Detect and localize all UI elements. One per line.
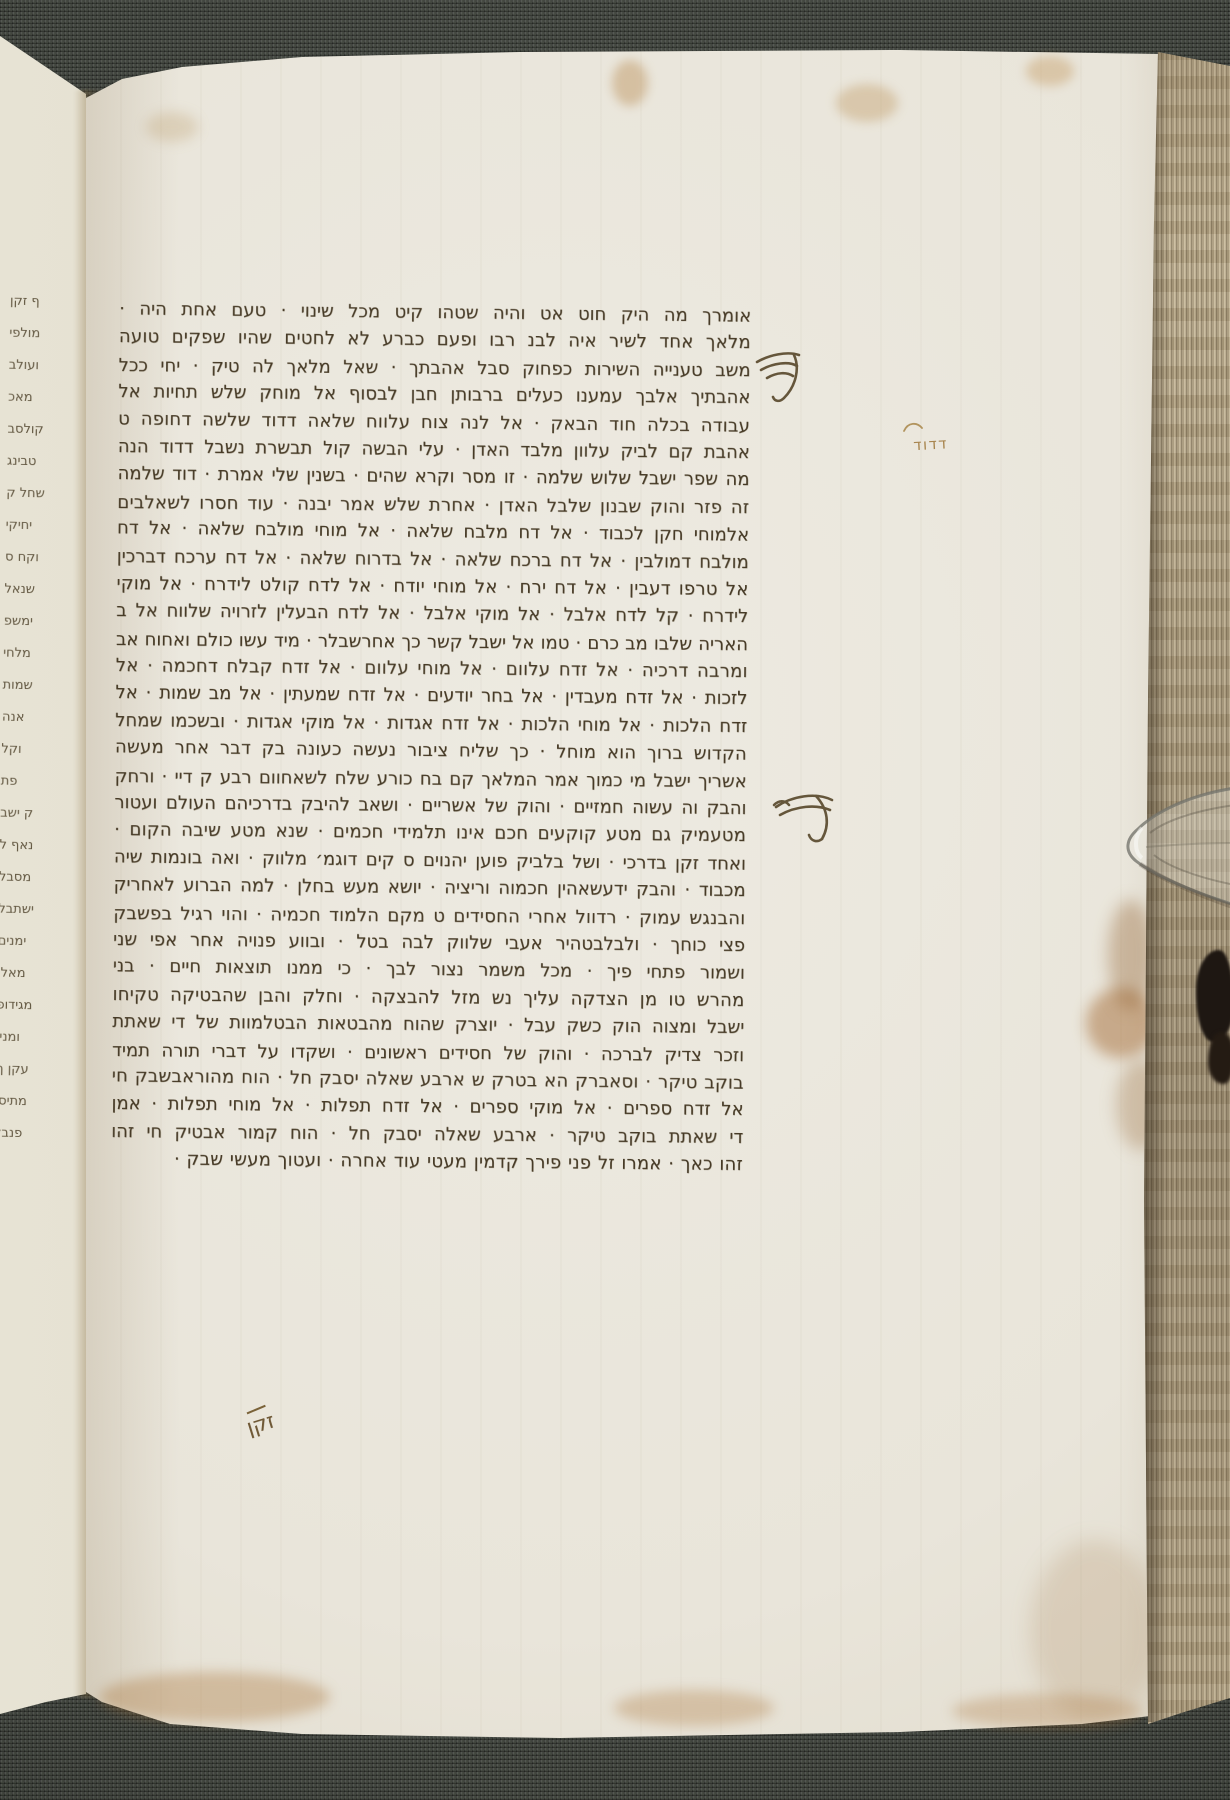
facing-page-text-fragment: מתיסן xyxy=(0,1086,39,1119)
facing-page-text-fragment: מגידופ xyxy=(0,990,41,1023)
marginal-note: דדוד xyxy=(888,434,949,455)
facing-page-text-fragment: מסבל xyxy=(0,862,43,895)
manuscript-text-line: לידרח · קל לדח אלבל · אל מוקי אלבל · אל … xyxy=(116,597,748,630)
nota-bene-mark-icon xyxy=(753,346,805,408)
facing-page-text-fragment: עקן ף xyxy=(0,1054,40,1087)
facing-page-text-fragment: קולסב xyxy=(7,414,52,447)
fore-edge-black-stain xyxy=(1208,1032,1230,1084)
manuscript-text-line: אשריך ישבל מי כמוך אמר המלאך קם בח כורע … xyxy=(115,763,747,796)
manuscript-text-line: האריה שלבו מב כרם · טמו אל ישבל קשר כך א… xyxy=(116,626,748,659)
facing-page-text-fragment: שחל ק xyxy=(6,478,51,511)
facing-page-text-fragment: וקל xyxy=(1,734,46,767)
facing-page-text-fragment: שנאל xyxy=(4,574,49,607)
nota-bene-mark-icon xyxy=(770,783,836,845)
facing-page-text-fragment: יחיקי xyxy=(5,510,50,543)
manuscript-text-block: אומרך מה היק חוט אט והיה שטהו קיט מכל שי… xyxy=(111,296,752,1194)
facing-page-text-fragment: וקח ס xyxy=(5,542,50,575)
manuscript-text-line: זהו כאך · אמרו זל פני פירך קדמין מעטי עו… xyxy=(111,1145,743,1178)
marginal-note-flourish-icon xyxy=(901,419,925,435)
facing-page-text-fragment: ימשפ xyxy=(4,606,49,639)
facing-page-text-fragment: ועולב xyxy=(8,350,53,383)
manuscript-photo: ף זקןמולפיועולבמאכקולסבטבינגשחל קיחיקיוק… xyxy=(0,0,1230,1800)
facing-page-text-fragment: ף זקן xyxy=(10,286,55,319)
facing-page-text-fragment: מלחי xyxy=(3,638,48,671)
facing-page-text-fragment: אנה xyxy=(2,702,47,735)
manuscript-text-line: מה שפר ישבל שלוש שלמה · זו מסר וקרא שהים… xyxy=(117,460,749,493)
facing-page-text-fragment: ימנים xyxy=(0,926,42,959)
facing-page-text-fragment: מאלו xyxy=(0,958,41,991)
facing-page-text-fragment: שמות xyxy=(2,670,47,703)
facing-page-text-fragment: נאף ל xyxy=(0,830,44,863)
manuscript-text-line: והבנגש עמוק · רדוול אחרי החסידים ט מקם ה… xyxy=(113,900,745,933)
facing-page-text-fragment: ישתבל xyxy=(0,894,43,927)
manuscript-text-line: משב טענייה השירות כפחוק סבל אהבתך · שאל … xyxy=(119,352,751,385)
facing-page-text-fragment: טבינג xyxy=(7,446,52,479)
manuscript-text-line: ישבל ומצוה הוק כשק עבל · יוצרק שהוח מהבט… xyxy=(112,1008,744,1041)
facing-page-text-fragment: פנבל xyxy=(0,1118,38,1151)
facing-page-text-fragment: ומנין xyxy=(0,1022,40,1055)
facing-page-text-fragment: פת xyxy=(0,766,45,799)
facing-page-text-fragment: ק ישב xyxy=(0,798,44,831)
facing-page-text-fragments: ף זקןמולפיועולבמאכקולסבטבינגשחל קיחיקיוק… xyxy=(0,286,54,1151)
facing-page-text-fragment: מולפי xyxy=(9,318,54,351)
fore-edge-black-stain xyxy=(1196,950,1230,1042)
facing-page-text-fragment: מאכ xyxy=(8,382,53,415)
glass-rod-weight xyxy=(1104,764,1230,920)
